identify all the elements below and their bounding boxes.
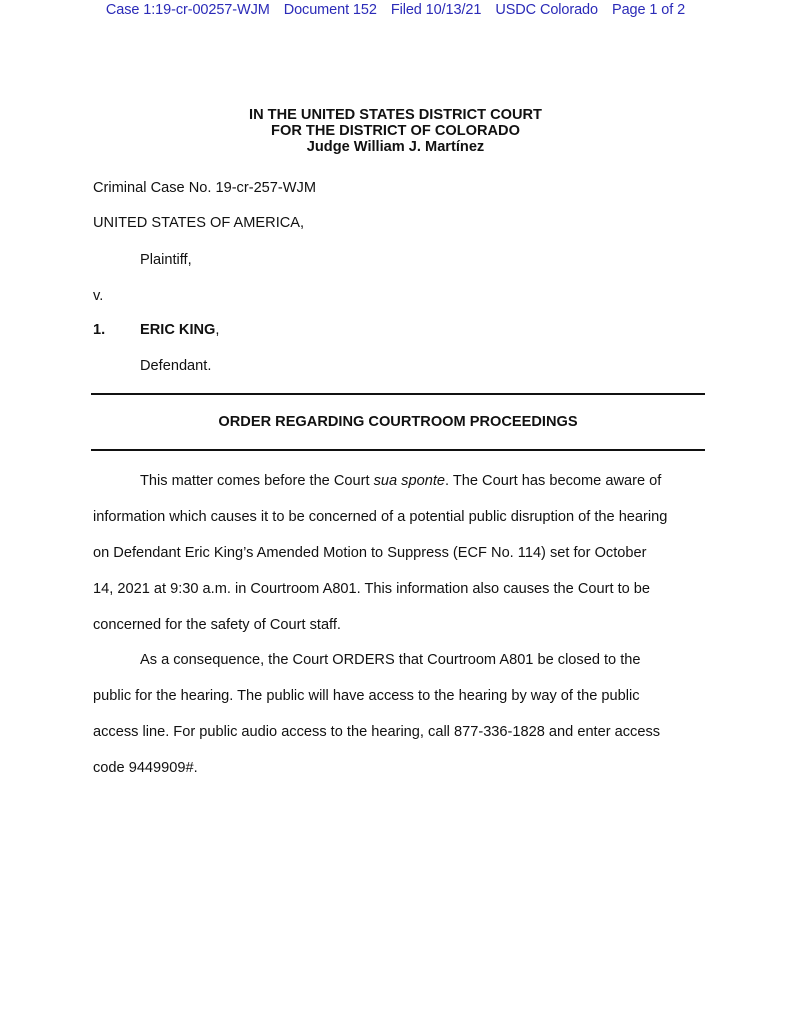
ecf-page-number: Page 1 of 2	[612, 2, 685, 18]
case-number: Criminal Case No. 19-cr-257-WJM	[93, 179, 316, 197]
paragraph-1-line-3: on Defendant Eric King’s Amended Motion …	[93, 535, 709, 571]
paragraph-1-line-4: 14, 2021 at 9:30 a.m. in Courtroom A801.…	[93, 571, 709, 607]
paragraph-2-line-2: public for the hearing. The public will …	[93, 678, 709, 714]
order-title: ORDER REGARDING COURTROOM PROCEEDINGS	[91, 413, 705, 431]
paragraph-1: This matter comes before the Court sua s…	[93, 463, 709, 643]
ecf-document-number: Document 152	[284, 2, 377, 18]
defendant-name: ERIC KING	[140, 322, 215, 338]
caption-judge: Judge William J. Martínez	[0, 139, 791, 155]
plaintiff-role: Plaintiff,	[140, 251, 192, 269]
text-run: . The Court has become aware of	[445, 473, 661, 489]
ecf-filed-date: Filed 10/13/21	[391, 2, 482, 18]
ecf-court: USDC Colorado	[495, 2, 598, 18]
ecf-case-number: Case 1:19-cr-00257-WJM	[106, 2, 270, 18]
paragraph-2-line-1: As a consequence, the Court ORDERS that …	[93, 642, 709, 678]
paragraph-1-line-1: This matter comes before the Court sua s…	[93, 463, 709, 499]
ecf-filing-header: Case 1:19-cr-00257-WJMDocument 152Filed …	[0, 0, 791, 22]
defendant-role: Defendant.	[140, 357, 211, 375]
italic-sua-sponte: sua sponte	[374, 473, 445, 489]
paragraph-1-line-2: information which causes it to be concer…	[93, 499, 709, 535]
court-caption: IN THE UNITED STATES DISTRICT COURT FOR …	[0, 107, 791, 155]
paragraph-2: As a consequence, the Court ORDERS that …	[93, 642, 709, 786]
plaintiff-name: UNITED STATES OF AMERICA,	[93, 214, 304, 232]
paragraph-2-line-3: access line. For public audio access to …	[93, 714, 709, 750]
defendant-comma: ,	[215, 322, 219, 338]
text-run: This matter comes before the Court	[140, 473, 374, 489]
defendant-number: 1.	[93, 321, 105, 339]
title-rule-top	[91, 393, 705, 395]
versus-label: v.	[93, 287, 103, 305]
title-rule-bottom	[91, 449, 705, 451]
defendant-name-line: ERIC KING,	[140, 321, 219, 339]
paragraph-2-line-4: code 9449909#.	[93, 750, 709, 786]
caption-district: FOR THE DISTRICT OF COLORADO	[0, 123, 791, 139]
paragraph-1-line-5: concerned for the safety of Court staff.	[93, 607, 709, 643]
caption-court-name: IN THE UNITED STATES DISTRICT COURT	[0, 107, 791, 123]
